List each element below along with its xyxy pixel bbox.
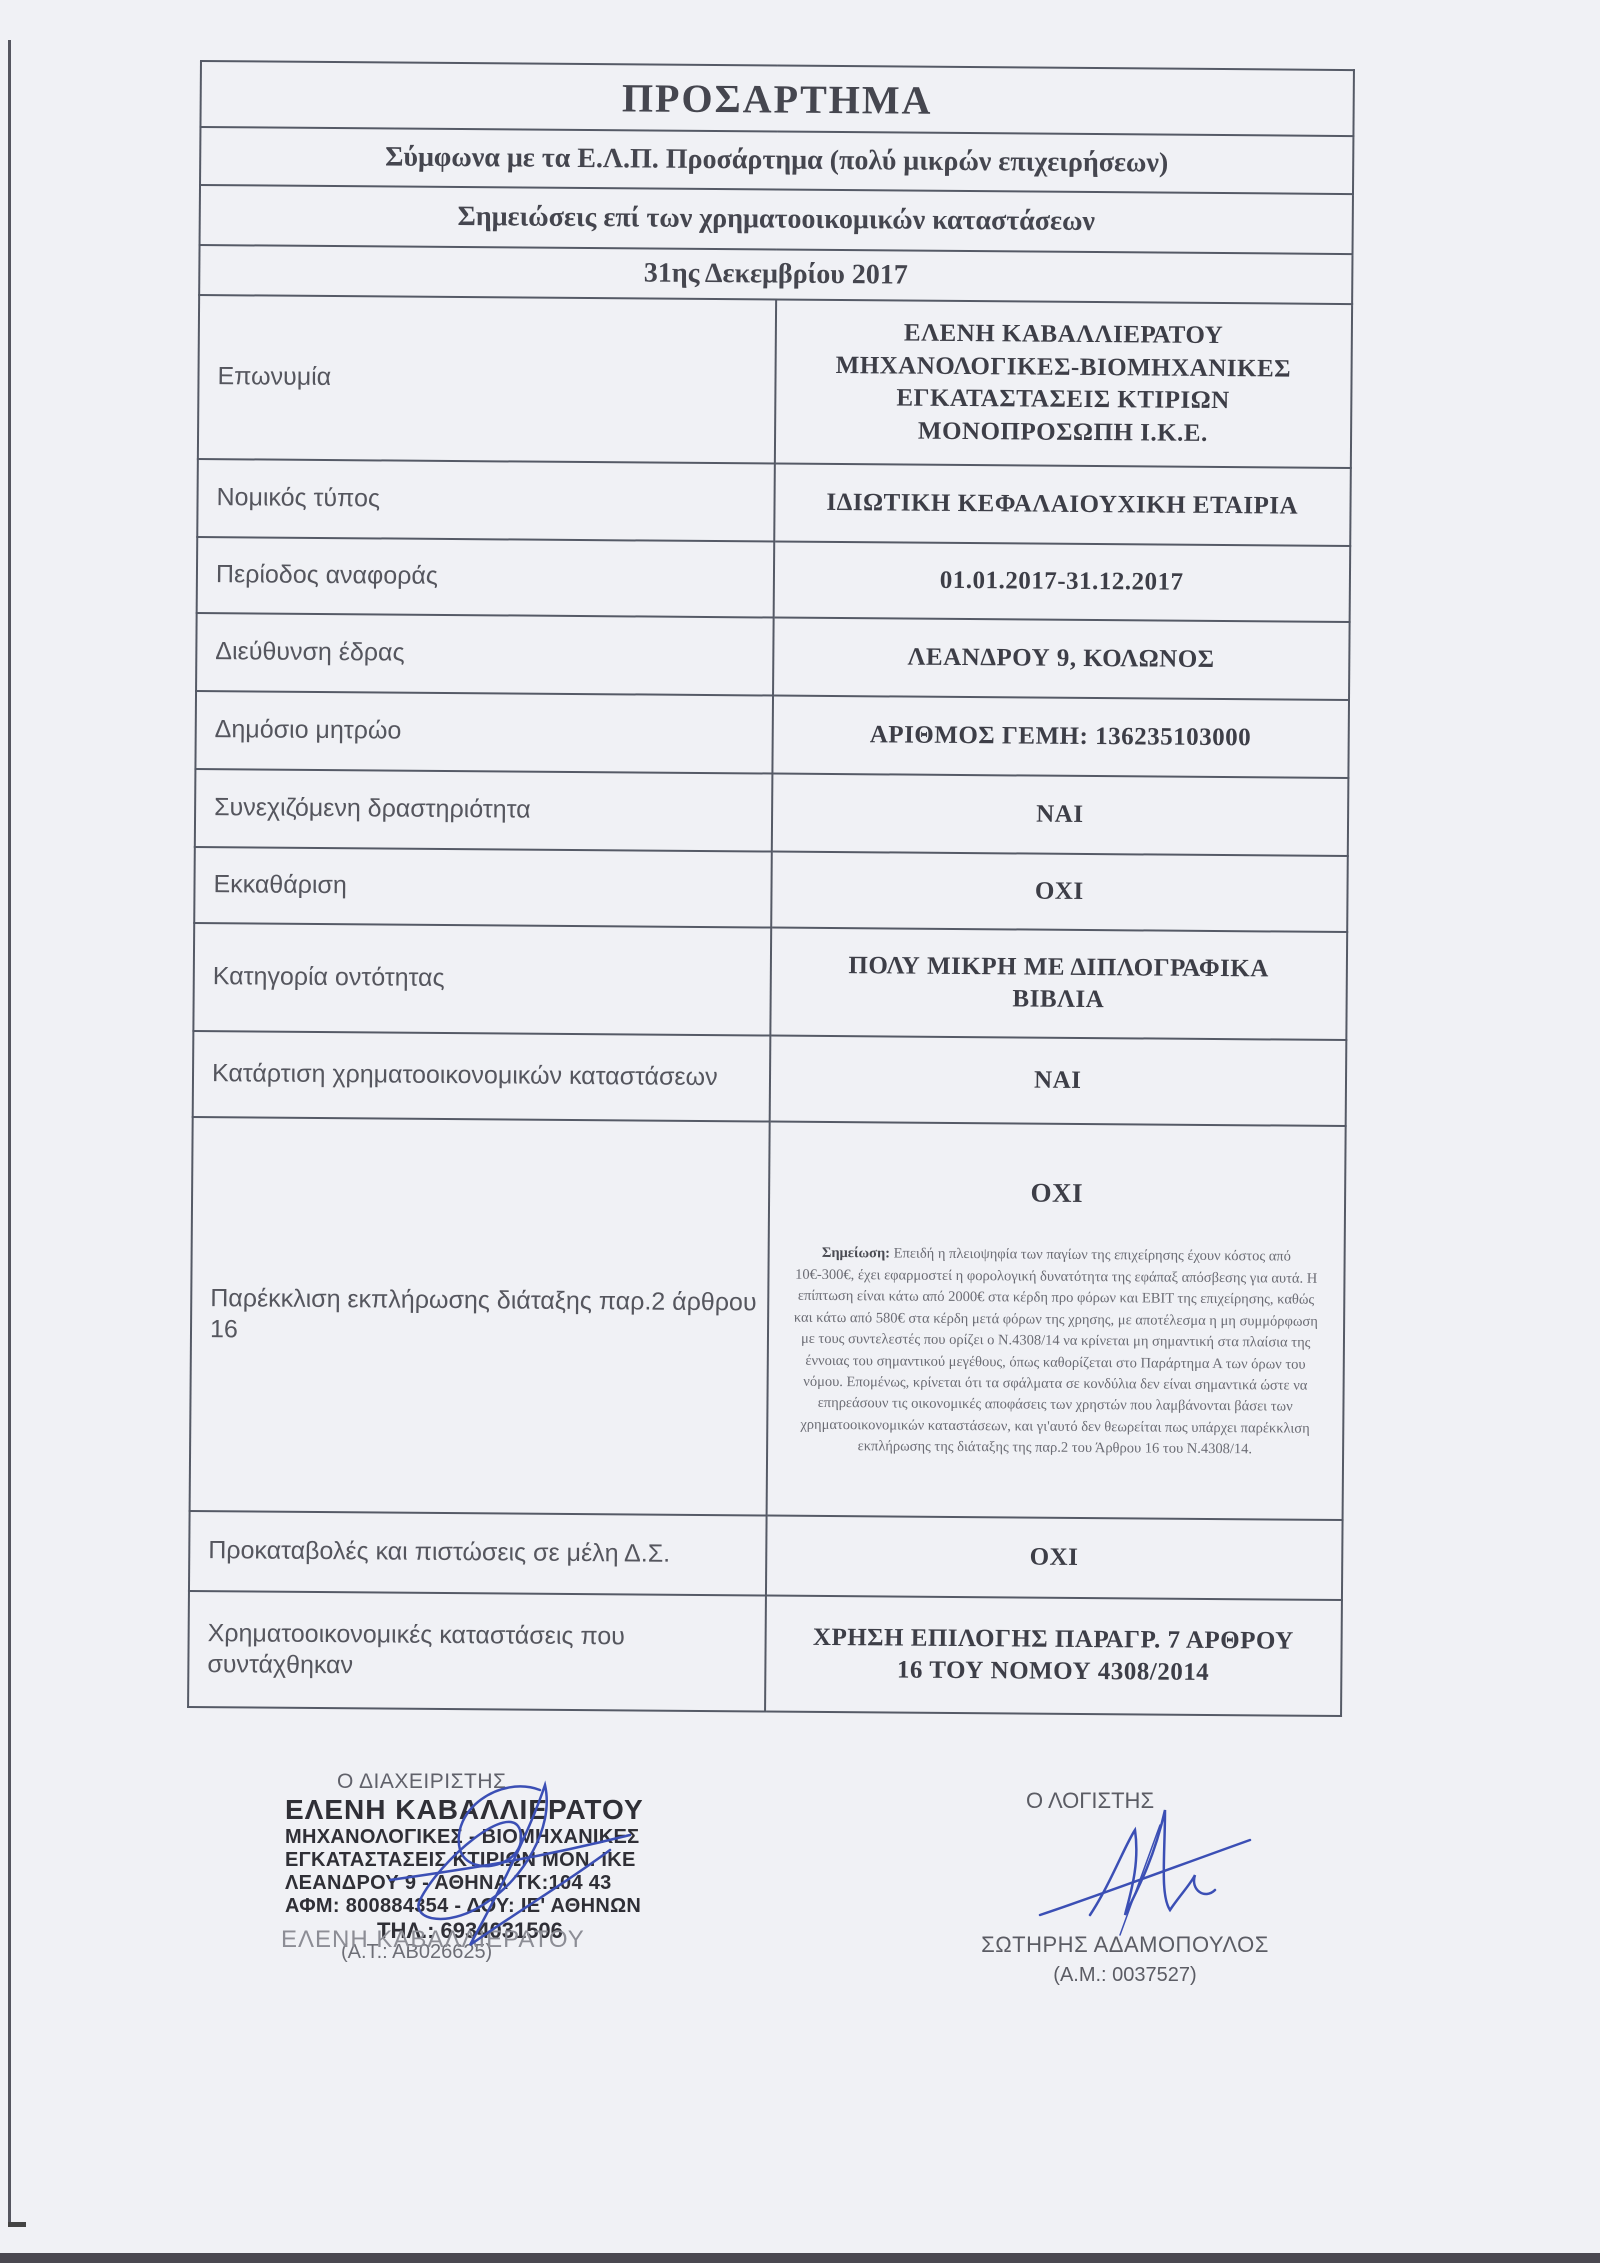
fs-prepared-line: ΧΡΗΣΗ ΕΠΙΛΟΓΗΣ ΠΑΡΑΓΡ. 7 ΑΡΘΡΟΥ xyxy=(784,1621,1323,1658)
scan-border-bottom xyxy=(0,2253,1600,2263)
note-body: Επειδή η πλειοψηφία των παγίων της επιχε… xyxy=(794,1246,1318,1458)
stamp-line: ΕΓΚΑΤΑΣΤΑΣΕΙΣ ΚΤΙΡΙΩΝ ΜΟΝ. ΙΚΕ xyxy=(285,1849,725,1872)
row-label-public-registry: Δημόσιο μητρώο xyxy=(195,691,772,774)
annex-table: ΠΡΟΣΑΡΤΗΜΑ Σύμφωνα με τα Ε.Λ.Π. Προσάρτη… xyxy=(187,60,1355,1717)
accountant-name: ΣΩΤΗΡΗΣ ΑΔΑΜΟΠΟΥΛΟΣ xyxy=(960,1932,1290,1958)
table-row: Χρηματοοικονομικές καταστάσεις που συντά… xyxy=(188,1591,1342,1716)
table-row: Κατάρτιση χρηματοοικονομικών καταστάσεων… xyxy=(193,1031,1347,1126)
company-stamp: ΕΛΕΝΗ ΚΑΒΑΛΛΙΕΡΑΤΟΥ ΜΗΧΑΝΟΛΟΓΙΚΕΣ - ΒΙΟΜ… xyxy=(285,1794,725,1943)
row-label-advances-credits: Προκαταβολές και πιστώσεις σε μέλη Δ.Σ. xyxy=(189,1511,766,1596)
row-label-liquidation: Εκκαθάριση xyxy=(194,847,771,928)
row-value-reporting-period: 01.01.2017-31.12.2017 xyxy=(773,542,1350,623)
stamp-line: ΑΦΜ: 800884354 - ΔΟΥ: ΙΕ' ΑΘΗΝΩΝ xyxy=(285,1895,725,1918)
note-label: Σημείωση: xyxy=(822,1245,890,1262)
row-label-company-name: Επωνυμία xyxy=(198,295,776,464)
deviation-answer: ΟΧΙ xyxy=(787,1174,1326,1213)
entity-category-line: ΒΙΒΛΙΑ xyxy=(789,982,1328,1019)
table-row: Περίοδος αναφοράς 01.01.2017-31.12.2017 xyxy=(197,537,1351,622)
company-name-line: ΜΗΧΑΝΟΛΟΓΙΚΕΣ-ΒΙΟΜΗΧΑΝΙΚΕΣ xyxy=(794,349,1333,386)
row-label-registered-address: Διεύθυνση έδρας xyxy=(196,613,773,696)
company-name-line: ΕΓΚΑΤΑΣΤΑΣΕΙΣ ΚΤΙΡΙΩΝ xyxy=(794,382,1333,419)
row-value-public-registry: ΑΡΙΘΜΟΣ ΓΕΜΗ: 136235103000 xyxy=(772,696,1349,779)
document-title: ΠΡΟΣΑΡΤΗΜΑ xyxy=(200,61,1353,136)
section-title: Σημειώσεις επί των χρηματοοικομικών κατα… xyxy=(200,185,1353,254)
scan-border-left xyxy=(8,40,11,2225)
row-label-deviation: Παρέκκλιση εκπλήρωσης διάταξης παρ.2 άρθ… xyxy=(190,1117,770,1516)
stamp-line: ΛΕΑΝΔΡΟΥ 9 - ΑΘΗΝΑ ΤΚ:104 43 xyxy=(285,1872,725,1895)
row-value-fs-preparation: ΝΑΙ xyxy=(769,1036,1346,1127)
document-subtitle: Σύμφωνα με τα Ε.Λ.Π. Προσάρτημα (πολύ μι… xyxy=(200,127,1353,194)
row-value-advances-credits: ΟΧΙ xyxy=(765,1515,1342,1600)
stamp-line: ΜΗΧΑΝΟΛΟΓΙΚΕΣ - ΒΙΟΜΗΧΑΝΙΚΕΣ xyxy=(285,1826,725,1849)
table-row: Συνεχιζόμενη δραστηριότητα ΝΑΙ xyxy=(195,769,1349,856)
annex-document: ΠΡΟΣΑΡΤΗΜΑ Σύμφωνα με τα Ε.Λ.Π. Προσάρτη… xyxy=(187,60,1355,1717)
row-label-legal-form: Νομικός τύπος xyxy=(197,459,774,542)
table-row: Δημόσιο μητρώο ΑΡΙΘΜΟΣ ΓΕΜΗ: 13623510300… xyxy=(195,691,1349,778)
entity-category-line: ΠΟΛΥ ΜΙΚΡΗ ΜΕ ΔΙΠΛΟΓΡΑΦΙΚΑ xyxy=(789,949,1328,986)
table-row: Επωνυμία ΕΛΕΝΗ ΚΑΒΑΛΛΙΕΡΑΤΟΥ ΜΗΧΑΝΟΛΟΓΙΚ… xyxy=(198,295,1352,468)
document-date: 31ης Δεκεμβρίου 2017 xyxy=(199,245,1352,304)
company-name-line: ΕΛΕΝΗ ΚΑΒΑΛΛΙΕΡΑΤΟΥ xyxy=(794,317,1333,354)
accountant-id: (Α.Μ.: 0037527) xyxy=(960,1964,1290,1987)
row-label-fs-prepared: Χρηματοοικονομικές καταστάσεις που συντά… xyxy=(188,1591,765,1712)
stamp-line: ΕΛΕΝΗ ΚΑΒΑΛΛΙΕΡΑΤΟΥ xyxy=(285,1794,725,1826)
row-value-registered-address: ΛΕΑΝΔΡΟΥ 9, ΚΟΛΩΝΟΣ xyxy=(773,618,1350,701)
scan-border-corner xyxy=(8,2222,26,2227)
accountant-signature-block: Ο ΛΟΓΙΣΤΗΣ ΣΩΤΗΡΗΣ ΑΔΑΜΟΠΟΥΛΟΣ (Α.Μ.: 00… xyxy=(960,1788,1290,1987)
row-value-fs-prepared: ΧΡΗΣΗ ΕΠΙΛΟΓΗΣ ΠΑΡΑΓΡ. 7 ΑΡΘΡΟΥ 16 ΤΟΥ Ν… xyxy=(765,1595,1342,1716)
row-label-reporting-period: Περίοδος αναφοράς xyxy=(197,537,774,618)
table-row: Εκκαθάριση ΟΧΙ xyxy=(194,847,1348,932)
table-row: Κατηγορία οντότητας ΠΟΛΥ ΜΙΚΡΗ ΜΕ ΔΙΠΛΟΓ… xyxy=(193,923,1347,1040)
fs-prepared-line: 16 ΤΟΥ ΝΟΜΟΥ 4308/2014 xyxy=(784,1654,1323,1691)
row-value-liquidation: ΟΧΙ xyxy=(771,852,1348,933)
table-row: Προκαταβολές και πιστώσεις σε μέλη Δ.Σ. … xyxy=(189,1511,1343,1600)
deviation-note: Σημείωση: Επειδή η πλειοψηφία των παγίων… xyxy=(786,1243,1326,1462)
row-value-deviation: ΟΧΙ Σημείωση: Επειδή η πλειοψηφία των πα… xyxy=(766,1122,1346,1521)
manager-role: Ο ΔΙΑΧΕΙΡΙΣΤΗΣ xyxy=(337,1770,725,1794)
row-value-entity-category: ΠΟΛΥ ΜΙΚΡΗ ΜΕ ΔΙΠΛΟΓΡΑΦΙΚΑ ΒΙΒΛΙΑ xyxy=(770,928,1347,1041)
manager-name: ΕΛΕΝΗ ΚΑΒΑΛΛΙΕΡΑΤΟΥ xyxy=(281,1926,585,1954)
row-value-going-concern: ΝΑΙ xyxy=(771,774,1348,857)
row-label-going-concern: Συνεχιζόμενη δραστηριότητα xyxy=(195,769,772,852)
table-row: Παρέκκλιση εκπλήρωσης διάταξης παρ.2 άρθ… xyxy=(190,1117,1346,1520)
row-label-entity-category: Κατηγορία οντότητας xyxy=(193,923,770,1036)
row-value-legal-form: ΙΔΙΩΤΙΚΗ ΚΕΦΑΛΑΙΟΥΧΙΚΗ ΕΤΑΙΡΙΑ xyxy=(774,464,1351,547)
row-value-company-name: ΕΛΕΝΗ ΚΑΒΑΛΛΙΕΡΑΤΟΥ ΜΗΧΑΝΟΛΟΓΙΚΕΣ-ΒΙΟΜΗΧ… xyxy=(774,300,1352,469)
table-row: Διεύθυνση έδρας ΛΕΑΝΔΡΟΥ 9, ΚΟΛΩΝΟΣ xyxy=(196,613,1350,700)
table-row: Νομικός τύπος ΙΔΙΩΤΙΚΗ ΚΕΦΑΛΑΙΟΥΧΙΚΗ ΕΤΑ… xyxy=(197,459,1351,546)
manager-signature-block: Ο ΔΙΑΧΕΙΡΙΣΤΗΣ ΕΛΕΝΗ ΚΑΒΑΛΛΙΕΡΑΤΟΥ ΜΗΧΑΝ… xyxy=(285,1770,725,1964)
accountant-role: Ο ΛΟΓΙΣΤΗΣ xyxy=(960,1788,1220,1814)
company-name-line: ΜΟΝΟΠΡΟΣΩΠΗ Ι.Κ.Ε. xyxy=(793,414,1332,451)
row-label-fs-preparation: Κατάρτιση χρηματοοικονομικών καταστάσεων xyxy=(193,1031,770,1122)
